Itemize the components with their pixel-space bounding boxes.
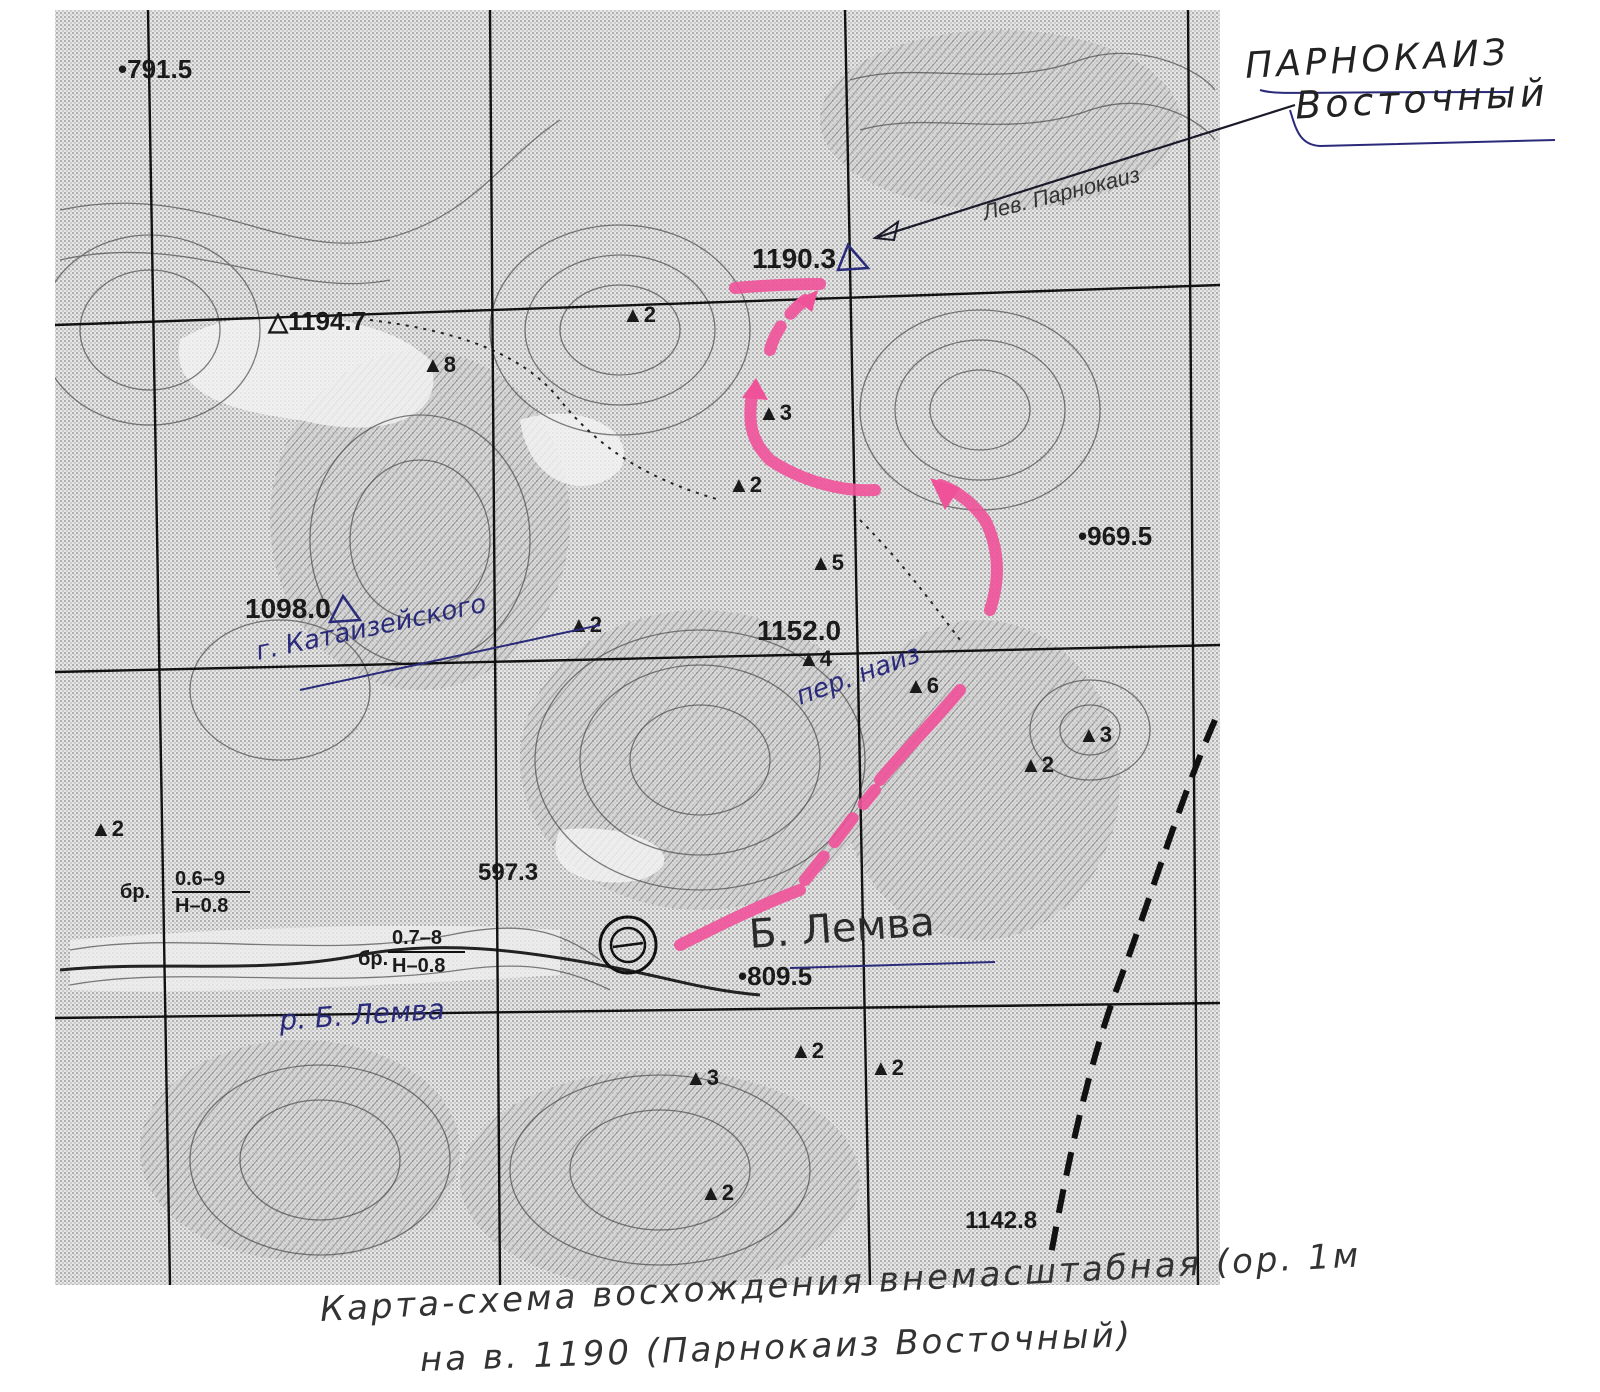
peak-label: ПАРНОКАИЗ Восточный — [1245, 38, 1549, 121]
leader-arrow — [0, 0, 1600, 1392]
